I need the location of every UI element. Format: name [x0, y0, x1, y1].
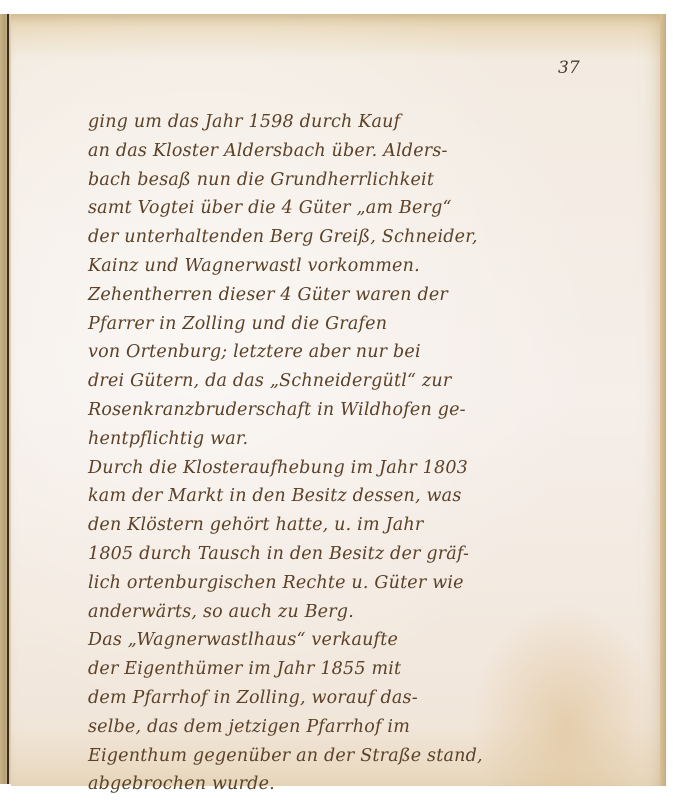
manuscript-line: Eigenthum gegenüber an der Straße stand,	[88, 742, 608, 771]
manuscript-line: ging um das Jahr 1598 durch Kauf	[88, 108, 608, 137]
manuscript-line: samt Vogtei über die 4 Güter „am Berg“	[88, 194, 608, 223]
manuscript-line: kam der Markt in den Besitz dessen, was	[88, 482, 608, 511]
manuscript-line: an das Kloster Aldersbach über. Alders-	[88, 137, 608, 166]
manuscript-text-block: ging um das Jahr 1598 durch Kauf an das …	[88, 108, 608, 799]
manuscript-line: lich ortenburgischen Rechte u. Güter wie	[88, 569, 608, 598]
page-number: 37	[558, 58, 580, 78]
manuscript-line: hentpflichtig war.	[88, 425, 608, 454]
manuscript-line: den Klöstern gehört hatte, u. im Jahr	[88, 511, 608, 540]
manuscript-line: 1805 durch Tausch in den Besitz der gräf…	[88, 540, 608, 569]
manuscript-line: abgebrochen wurde.	[88, 770, 608, 799]
manuscript-line: drei Gütern, da das „Schneidergütl“ zur	[88, 367, 608, 396]
manuscript-line: Pfarrer in Zolling und die Grafen	[88, 310, 608, 339]
manuscript-line: von Ortenburg; letztere aber nur bei	[88, 338, 608, 367]
manuscript-line: bach besaß nun die Grundherrlichkeit	[88, 166, 608, 195]
paper-right-edge	[660, 14, 666, 786]
page-frame: 37 ging um das Jahr 1598 durch Kauf an d…	[0, 0, 675, 800]
manuscript-line: Zehentherren dieser 4 Güter waren der	[88, 281, 608, 310]
manuscript-line: der Eigenthümer im Jahr 1855 mit	[88, 655, 608, 684]
manuscript-line: selbe, das dem jetzigen Pfarrhof im	[88, 713, 608, 742]
manuscript-line: Kainz und Wagnerwastl vorkommen.	[88, 252, 608, 281]
manuscript-line: dem Pfarrhof in Zolling, worauf das-	[88, 684, 608, 713]
manuscript-line: der unterhaltenden Berg Greiß, Schneider…	[88, 223, 608, 252]
manuscript-line: anderwärts, so auch zu Berg.	[88, 598, 608, 627]
binding-edge-line	[7, 14, 9, 784]
manuscript-line: Das „Wagnerwastlhaus“ verkaufte	[88, 626, 608, 655]
manuscript-line: Rosenkranzbruderschaft in Wildhofen ge-	[88, 396, 608, 425]
manuscript-line: Durch die Klosteraufhebung im Jahr 1803	[88, 454, 608, 483]
